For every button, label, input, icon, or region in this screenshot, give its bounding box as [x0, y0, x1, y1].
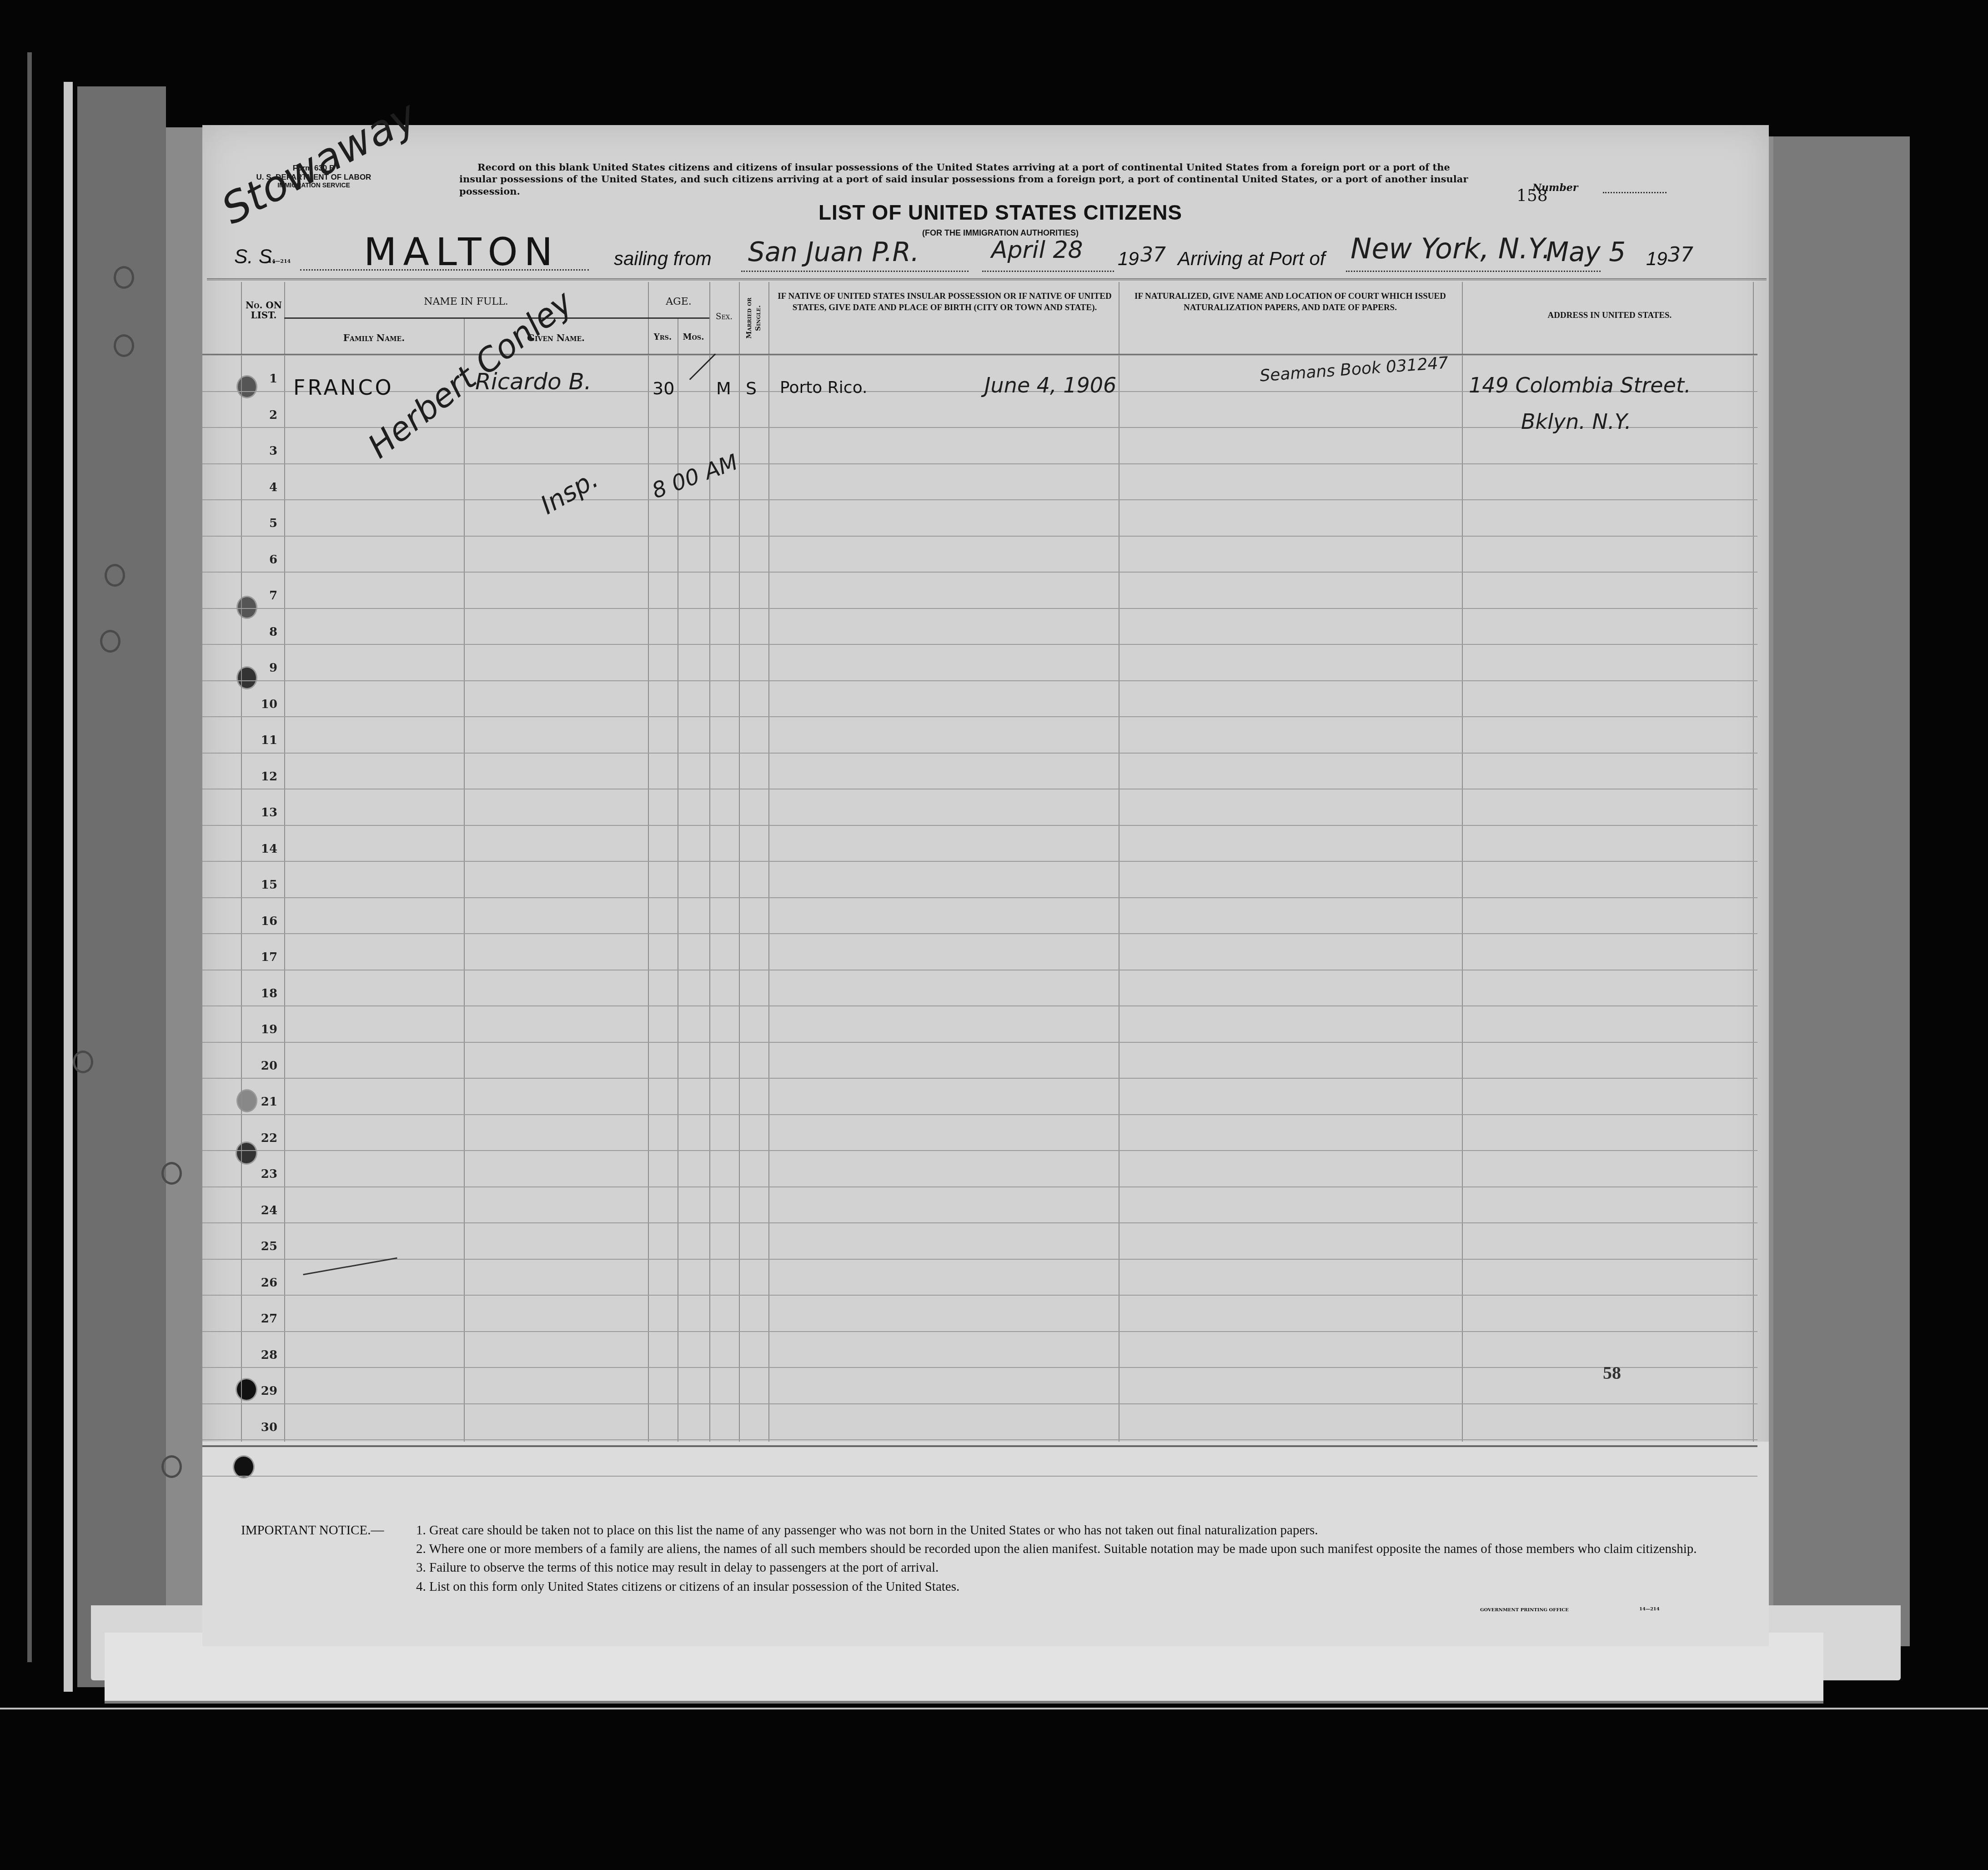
page-title: LIST OF UNITED STATES CITIZENS	[728, 200, 1273, 225]
row-number: 24	[241, 1204, 277, 1217]
arrival-port-field	[1346, 271, 1601, 272]
notice-item-4: 4. List on this form only United States …	[241, 1578, 1742, 1596]
entry-family-name: FRANCO	[293, 375, 394, 400]
printer-code: 14—214	[1639, 1607, 1660, 1612]
entry-birth-date: June 4, 1906	[984, 373, 1116, 397]
column-divider	[1753, 282, 1754, 1442]
notice-item-1: 1. Great care should be taken not to pla…	[416, 1521, 1318, 1540]
row-rule	[202, 970, 1757, 970]
sailing-from-label: sailing from	[614, 248, 712, 270]
row-rule	[202, 499, 1757, 500]
row-number: 27	[241, 1312, 277, 1326]
check-mark-icon	[303, 1257, 397, 1275]
row-rule	[202, 1042, 1757, 1043]
row-rule	[202, 897, 1757, 898]
form-instructions: Record on this blank United States citiz…	[459, 161, 1478, 197]
ship-name: MALTON	[364, 230, 559, 274]
punch-hole-icon	[100, 630, 120, 653]
binder-edge-light	[64, 82, 73, 1692]
column-divider	[709, 282, 710, 1442]
row-number: 19	[241, 1023, 277, 1036]
row-number: 10	[241, 698, 277, 711]
notice-item-2: 2. Where one or more members of a family…	[241, 1540, 1742, 1558]
row-rule	[202, 1078, 1757, 1079]
row-rule	[202, 1439, 1757, 1440]
row-number: 29	[241, 1384, 277, 1398]
scan-edge-line	[0, 1708, 1988, 1709]
binder-strip-right	[1773, 136, 1910, 1646]
row-rule	[202, 463, 1757, 464]
binder-strip-left	[77, 86, 166, 1687]
header-sex: Sex.	[709, 312, 739, 322]
row-number: 30	[241, 1421, 277, 1434]
row-number: 7	[241, 589, 277, 603]
punch-hole-icon	[161, 1162, 182, 1185]
row-rule	[202, 1367, 1757, 1368]
row-rule	[202, 716, 1757, 717]
row-rule	[202, 1403, 1757, 1404]
row-number: 14	[241, 842, 277, 856]
row-rule	[202, 753, 1757, 754]
row-number: 22	[241, 1131, 277, 1145]
notice-heading: IMPORTANT NOTICE.—	[241, 1521, 416, 1540]
column-divider	[1462, 282, 1463, 1442]
column-divider	[284, 282, 285, 1442]
punch-hole-icon	[105, 564, 125, 587]
important-notice: IMPORTANT NOTICE.— 1. Great care should …	[241, 1521, 1742, 1596]
column-divider	[739, 282, 740, 1442]
departure-date-field	[982, 271, 1114, 272]
row-number: 4	[241, 481, 277, 494]
column-divider	[1119, 282, 1120, 1442]
row-number: 9	[241, 661, 277, 675]
table-bottom-rule	[202, 1445, 1757, 1447]
row-rule	[202, 1476, 1757, 1477]
header-age-months: Mos.	[678, 332, 709, 342]
binder-edge	[27, 52, 32, 1662]
row-rule	[202, 861, 1757, 862]
row-rule	[202, 1005, 1757, 1006]
punch-hole-icon	[114, 334, 134, 357]
row-rule	[202, 572, 1757, 573]
row-rule	[202, 1331, 1757, 1332]
arriving-label: Arriving at Port of	[1178, 248, 1325, 270]
inspector-title: Insp.	[536, 464, 603, 521]
row-number: 12	[241, 770, 277, 784]
number-field-line	[1603, 191, 1667, 193]
row-rule	[202, 355, 1757, 356]
row-number: 21	[241, 1095, 277, 1109]
header-age-years: Yrs.	[648, 332, 678, 342]
entry-address-line2: Bklyn. N.Y.	[1521, 409, 1631, 434]
row-number: 8	[241, 625, 277, 639]
row-number: 6	[241, 553, 277, 567]
header-address: ADDRESS IN UNITED STATES.	[1471, 310, 1748, 322]
row-rule	[202, 608, 1757, 609]
header-age: AGE.	[648, 296, 709, 309]
header-naturalization-info: IF NATURALIZED, GIVE NAME AND LOCATION O…	[1125, 291, 1455, 313]
column-divider	[768, 282, 769, 1442]
row-rule	[202, 933, 1757, 934]
row-number: 20	[241, 1059, 277, 1073]
header-name-in-full: NAME IN FULL.	[284, 296, 648, 309]
page-tally: 58	[1603, 1362, 1621, 1383]
notice-item-3: 3. Failure to observe the terms of this …	[241, 1558, 1742, 1577]
row-number: 17	[241, 950, 277, 964]
row-number: 1	[241, 372, 277, 386]
column-divider	[648, 282, 649, 1442]
arrival-date: May 5	[1546, 236, 1626, 267]
inspection-time: 8 00 AM	[648, 449, 741, 504]
printer-imprint: GOVERNMENT PRINTING OFFICE	[1480, 1608, 1569, 1613]
header-birth-info: IF NATIVE OF UNITED STATES INSULAR POSSE…	[778, 291, 1112, 313]
row-rule	[202, 1150, 1757, 1151]
row-number: 3	[241, 444, 277, 458]
punch-hole-icon	[73, 1051, 93, 1073]
departure-year-prefix: 19	[1118, 248, 1139, 270]
departure-year-suffix: 37	[1140, 243, 1166, 266]
entry-age-years: 30	[653, 378, 674, 398]
row-number: 26	[241, 1276, 277, 1290]
row-number: 25	[241, 1240, 277, 1253]
ship-prefix: S. S.	[234, 246, 277, 268]
row-rule	[202, 1259, 1757, 1260]
row-rule	[202, 536, 1757, 537]
entry-age-months-dash	[689, 353, 716, 380]
row-rule	[202, 680, 1757, 681]
row-rule	[202, 1222, 1757, 1223]
header-married-or-single: Married or Single.	[745, 284, 763, 352]
arrival-year-suffix: 37	[1668, 243, 1693, 266]
row-number: 28	[241, 1348, 277, 1362]
row-number: 11	[241, 734, 277, 747]
punch-hole-icon	[114, 266, 134, 289]
arrival-port: New York, N.Y.	[1350, 232, 1551, 265]
list-number: 158	[1516, 186, 1548, 205]
punch-hole-icon	[161, 1455, 182, 1478]
header-no-on-list: No. ON LIST.	[243, 300, 284, 320]
row-number: 16	[241, 915, 277, 928]
row-rule	[202, 789, 1757, 789]
manifest-table: No. ON LIST. NAME IN FULL. Family Name. …	[202, 282, 1769, 1446]
row-number: 13	[241, 806, 277, 819]
row-number: 15	[241, 878, 277, 892]
departure-date: April 28	[991, 236, 1083, 264]
row-number: 18	[241, 987, 277, 1000]
row-rule	[202, 825, 1757, 826]
row-number: 2	[241, 408, 277, 422]
entry-birth-place: Porto Rico.	[780, 378, 867, 397]
row-rule	[202, 1186, 1757, 1187]
row-number: 23	[241, 1167, 277, 1181]
entry-naturalization: Seamans Book 031247	[1259, 354, 1449, 386]
header-family-name: Family Name.	[284, 332, 464, 344]
departure-port: San Juan P.R.	[748, 236, 919, 267]
sailing-from-field	[741, 271, 969, 272]
row-rule	[202, 644, 1757, 645]
row-rule	[202, 1295, 1757, 1296]
column-divider	[464, 318, 465, 1442]
name-age-subheader-rule	[284, 317, 709, 319]
row-number: 5	[241, 517, 277, 530]
punch-hole-icon	[233, 1455, 255, 1478]
arrival-year-prefix: 19	[1646, 248, 1667, 270]
entry-address-line1: 149 Colombia Street.	[1469, 373, 1691, 397]
entry-sex: M	[716, 378, 731, 398]
row-rule	[202, 1114, 1757, 1115]
entry-marital-status: S	[746, 378, 757, 398]
